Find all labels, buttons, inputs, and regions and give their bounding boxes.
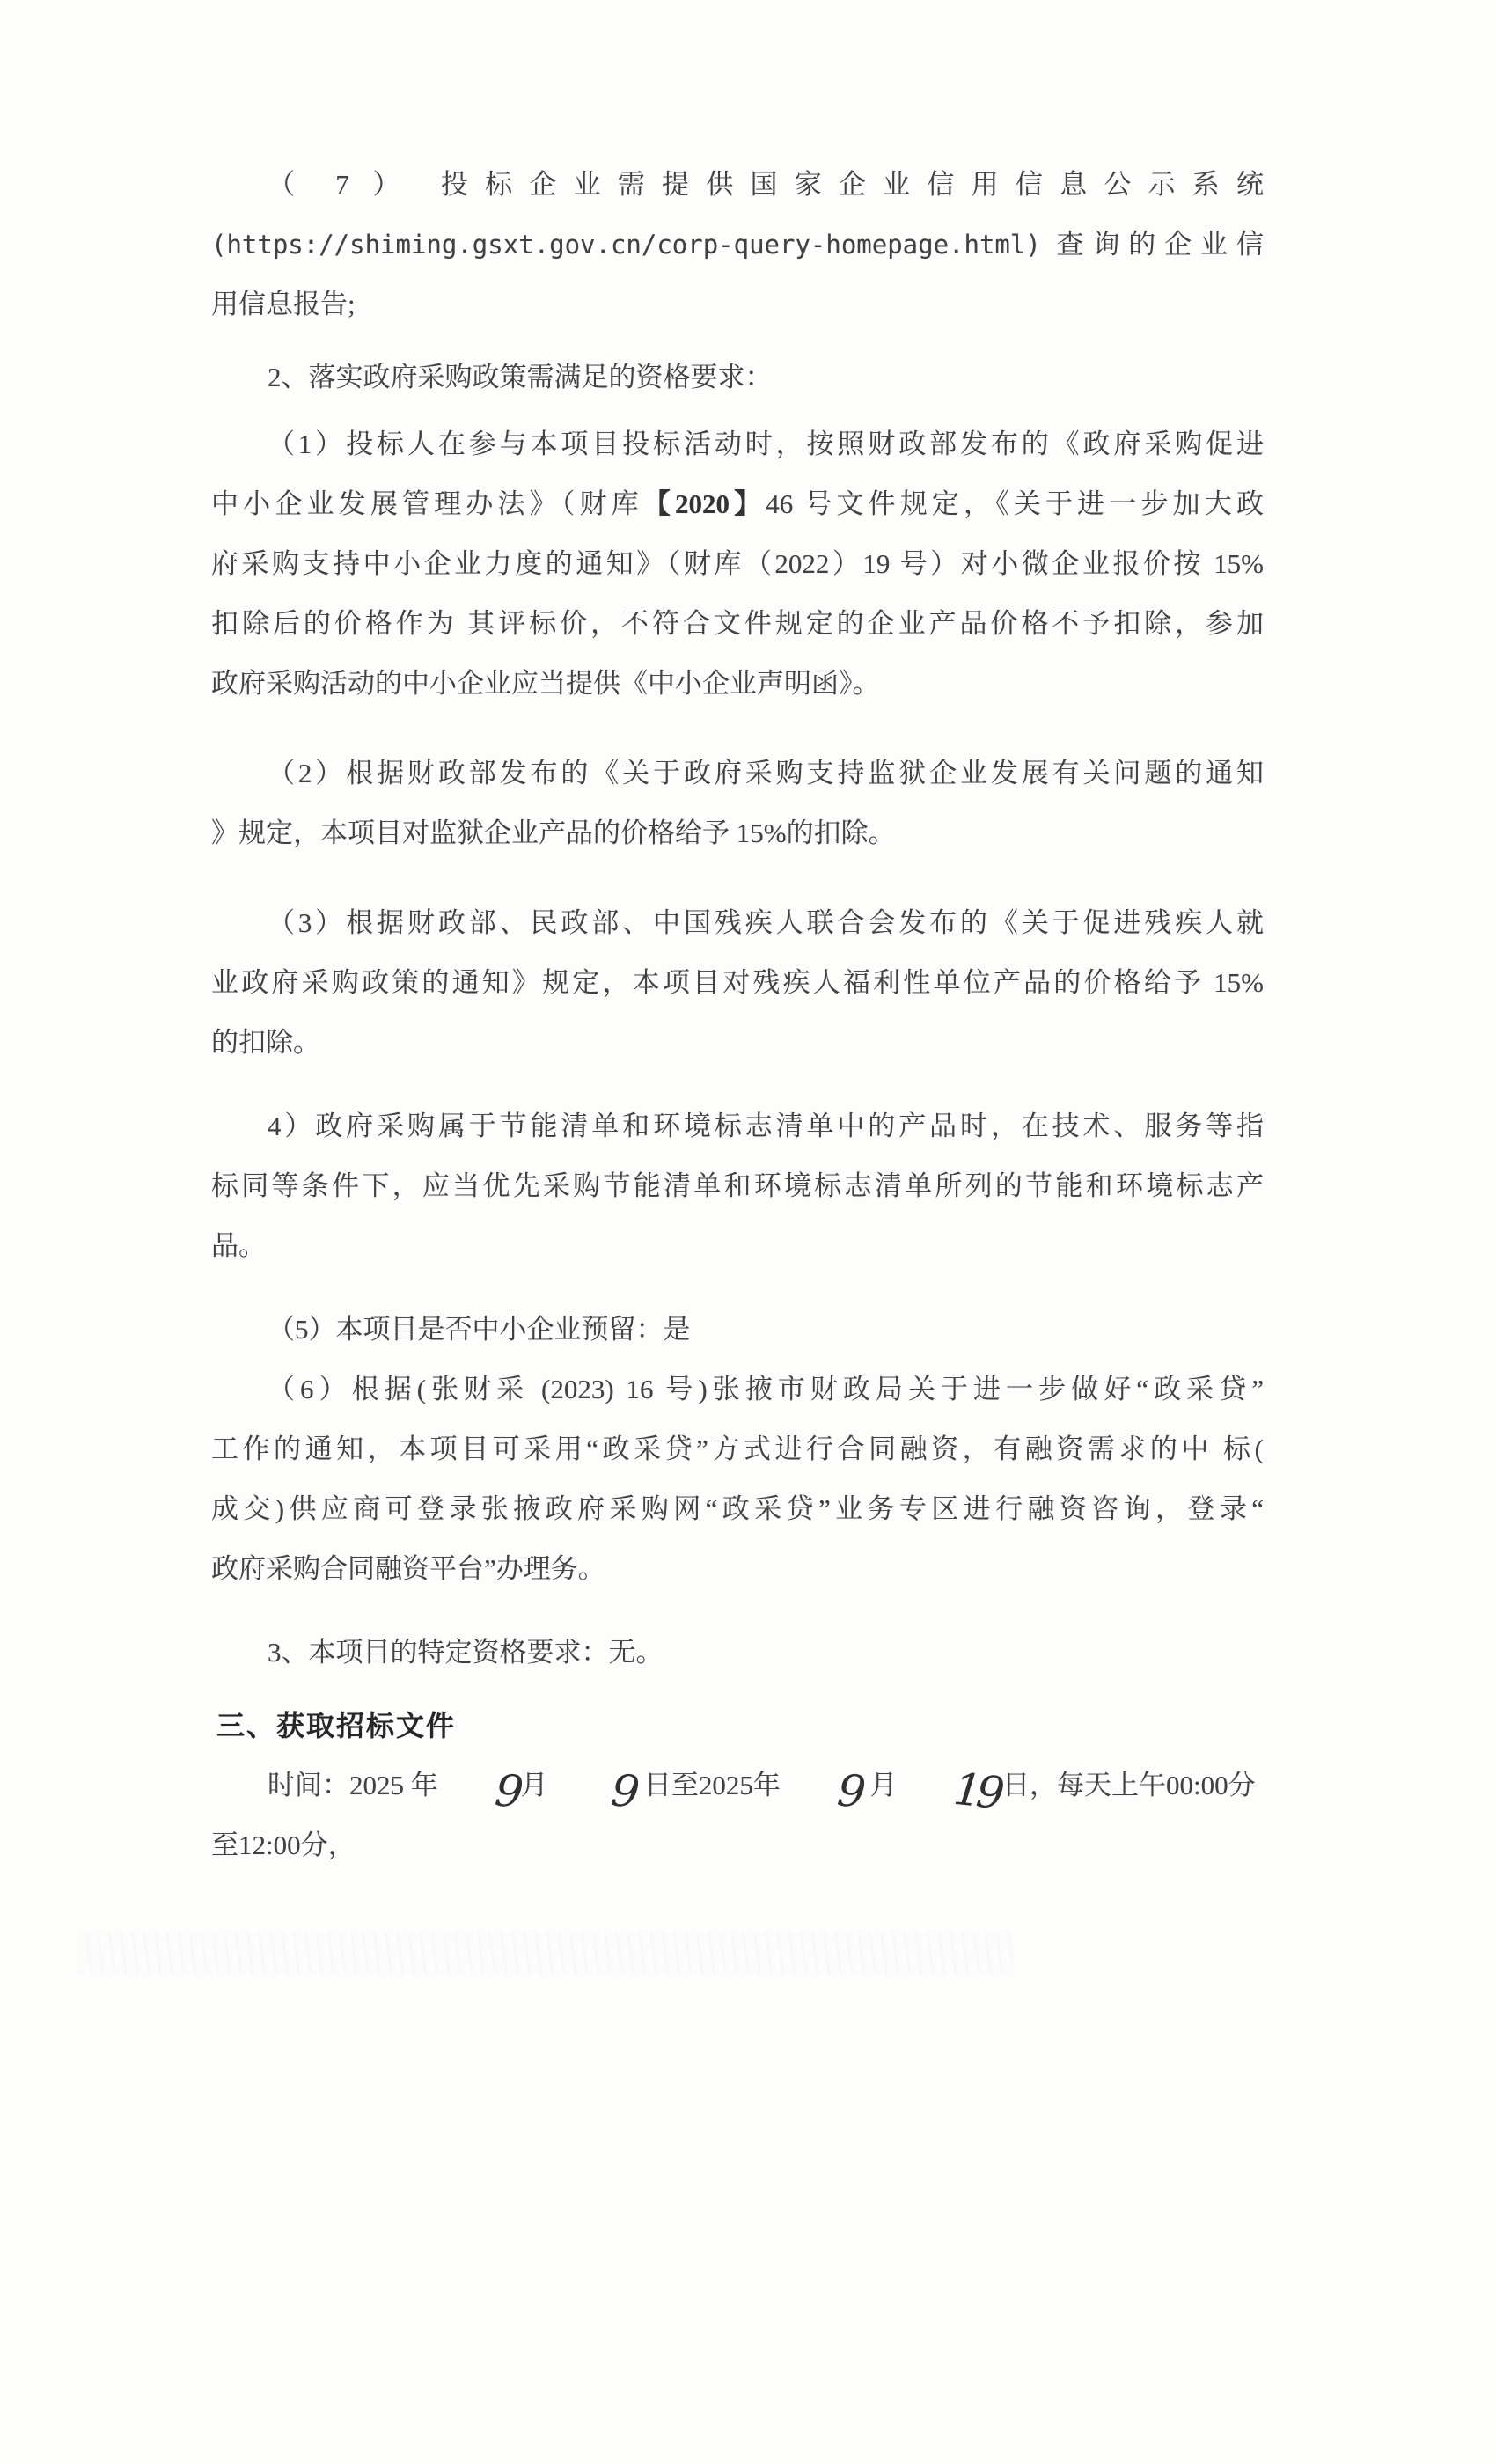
text-line: 3、本项目的特定资格要求：无。 bbox=[211, 1623, 1264, 1683]
document-page: （ 7 ） 投标企业需提供国家企业信用信息公示系统(https://shimin… bbox=[0, 0, 1496, 2464]
handwritten-date-digit: 9 bbox=[554, 1769, 636, 1807]
text-segment: 时间：2025 年 bbox=[268, 1770, 438, 1800]
text-line: 用信息报告; bbox=[211, 275, 1264, 334]
handwritten-date-digit: 19 bbox=[897, 1768, 1001, 1808]
paragraph: （1）投标人在参与本项目投标活动时，按照财政部发布的《政府采购促进中小企业发展管… bbox=[211, 414, 1264, 714]
text-segment: 品。 bbox=[211, 1230, 266, 1261]
text-line: （ 7 ） 投标企业需提供国家企业信用信息公示系统 bbox=[211, 155, 1264, 215]
text-segment: 月 bbox=[521, 1770, 555, 1800]
paragraph: （6）根据(张财采 (2023) 16 号)张掖市财政局关于进一步做好“政采贷”… bbox=[211, 1360, 1264, 1599]
text-line: （5）本项目是否中小企业预留：是 bbox=[211, 1300, 1264, 1360]
text-segment: （1）投标人在参与本项目投标活动时，按照财政部发布的《政府采购促进 bbox=[268, 429, 1264, 459]
text-line: 工作的通知，本项目可采用“政采贷”方式进行合同融资，有融资需求的中 标( bbox=[211, 1419, 1264, 1479]
paragraph: 时间：2025 年9月 9 日至2025年9 月19日，每天上午00:00分至1… bbox=[211, 1756, 1264, 1875]
paragraph: （5）本项目是否中小企业预留：是 bbox=[211, 1300, 1264, 1360]
text-segment: 46 号文件规定，《关于进一步加大政 bbox=[766, 488, 1264, 519]
text-segment: 4）政府采购属于节能清单和环境标志清单中的产品时，在技术、服务等指 bbox=[268, 1111, 1264, 1141]
text-segment: （3）根据财政部、民政部、中国残疾人联合会发布的《关于促进残疾人就 bbox=[268, 907, 1264, 938]
text-line: 》规定，本项目对监狱企业产品的价格给予 15%的扣除。 bbox=[211, 803, 1264, 863]
paragraph: （ 7 ） 投标企业需提供国家企业信用信息公示系统(https://shimin… bbox=[211, 155, 1264, 334]
text-segment: 政府采购活动的中小企业应当提供《中小企业声明函》。 bbox=[211, 668, 880, 699]
text-segment: 三、获取招标文件 bbox=[216, 1710, 456, 1742]
text-line: （1）投标人在参与本项目投标活动时，按照财政部发布的《政府采购促进 bbox=[211, 414, 1264, 474]
paragraph: （2）根据财政部发布的《关于政府采购支持监狱企业发展有关问题的通知》规定，本项目… bbox=[211, 744, 1264, 863]
paragraph: （3）根据财政部、民政部、中国残疾人联合会发布的《关于促进残疾人就业政府采购政策… bbox=[211, 893, 1264, 1073]
url-text: (https://shiming.gsxt.gov.cn/corp-query-… bbox=[211, 230, 1041, 260]
text-segment: 业政府采购政策的通知》规定，本项目对残疾人福利性单位产品的价格给予 15% bbox=[211, 967, 1264, 998]
text-segment: 中小企业发展管理办法》（财库 bbox=[211, 488, 643, 519]
text-segment: （ 7 ） 投标企业需提供国家企业信用信息公示系统 bbox=[268, 169, 1264, 200]
text-line: 时间：2025 年9月 9 日至2025年9 月19日，每天上午00:00分至1… bbox=[211, 1756, 1264, 1875]
text-line: 中小企业发展管理办法》（财库【2020】46 号文件规定，《关于进一步加大政 bbox=[211, 474, 1264, 534]
paragraph: 三、获取招标文件 bbox=[211, 1696, 1264, 1756]
text-segment: 3、本项目的特定资格要求：无。 bbox=[268, 1637, 664, 1668]
text-line: (https://shiming.gsxt.gov.cn/corp-query-… bbox=[211, 215, 1264, 275]
paragraph: 2、落实政府采购政策需满足的资格要求： bbox=[211, 348, 1264, 407]
text-segment: 府采购支持中小企业力度的通知》（财库（2022）19 号）对小微企业报价按 15… bbox=[211, 548, 1264, 579]
text-segment: 政府采购合同融资平台”办理务。 bbox=[211, 1553, 605, 1584]
document-content: （ 7 ） 投标企业需提供国家企业信用信息公示系统(https://shimin… bbox=[211, 155, 1264, 1875]
text-line: 品。 bbox=[211, 1216, 1264, 1276]
text-segment: 工作的通知，本项目可采用“政采贷”方式进行合同融资，有融资需求的中 标( bbox=[211, 1434, 1264, 1464]
handwritten-date-digit: 9 bbox=[780, 1769, 862, 1807]
text-line: 4）政府采购属于节能清单和环境标志清单中的产品时，在技术、服务等指 bbox=[211, 1096, 1264, 1156]
text-segment: 月 bbox=[863, 1770, 898, 1800]
text-line: 扣除后的价格作为 其评标价，不符合文件规定的企业产品价格不予扣除，参加 bbox=[211, 594, 1264, 654]
text-line: （2）根据财政部发布的《关于政府采购支持监狱企业发展有关问题的通知 bbox=[211, 744, 1264, 803]
text-segment: 标同等条件下，应当优先采购节能清单和环境标志清单所列的节能和环境标志产 bbox=[211, 1170, 1264, 1201]
text-line: 府采购支持中小企业力度的通知》（财库（2022）19 号）对小微企业报价按 15… bbox=[211, 534, 1264, 594]
text-segment: （6）根据(张财采 (2023) 16 号)张掖市财政局关于进一步做好“政采贷” bbox=[268, 1374, 1264, 1404]
text-segment: 扣除后的价格作为 其评标价，不符合文件规定的企业产品价格不予扣除，参加 bbox=[211, 608, 1264, 639]
paragraph: 3、本项目的特定资格要求：无。 bbox=[211, 1623, 1264, 1683]
text-line: 2、落实政府采购政策需满足的资格要求： bbox=[211, 348, 1264, 407]
text-line: 业政府采购政策的通知》规定，本项目对残疾人福利性单位产品的价格给予 15% bbox=[211, 953, 1264, 1013]
text-segment: （2）根据财政部发布的《关于政府采购支持监狱企业发展有关问题的通知 bbox=[268, 758, 1264, 788]
handwritten-date-digit: 9 bbox=[437, 1769, 519, 1807]
text-line: 的扣除。 bbox=[211, 1013, 1264, 1073]
section-heading: 三、获取招标文件 bbox=[211, 1696, 1264, 1756]
text-segment: 的扣除。 bbox=[211, 1027, 320, 1058]
scan-noise-band bbox=[79, 1932, 1012, 1975]
text-segment: 日至2025年 bbox=[637, 1770, 781, 1800]
text-line: （6）根据(张财采 (2023) 16 号)张掖市财政局关于进一步做好“政采贷” bbox=[211, 1360, 1264, 1419]
text-segment: （5）本项目是否中小企业预留：是 bbox=[268, 1314, 691, 1345]
paragraph: 4）政府采购属于节能清单和环境标志清单中的产品时，在技术、服务等指标同等条件下，… bbox=[211, 1096, 1264, 1276]
text-segment: 成交)供应商可登录张掖政府采购网“政采贷”业务专区进行融资咨询，登录“ bbox=[211, 1493, 1264, 1524]
text-line: 政府采购活动的中小企业应当提供《中小企业声明函》。 bbox=[211, 654, 1264, 714]
text-line: 成交)供应商可登录张掖政府采购网“政采贷”业务专区进行融资咨询，登录“ bbox=[211, 1479, 1264, 1539]
text-line: 政府采购合同融资平台”办理务。 bbox=[211, 1539, 1264, 1599]
text-segment: 【2020】 bbox=[643, 488, 766, 519]
text-segment: 用信息报告; bbox=[211, 289, 356, 319]
text-line: （3）根据财政部、民政部、中国残疾人联合会发布的《关于促进残疾人就 bbox=[211, 893, 1264, 953]
text-segment: 》规定，本项目对监狱企业产品的价格给予 15%的扣除。 bbox=[211, 818, 896, 848]
text-segment: 2、落实政府采购政策需满足的资格要求： bbox=[268, 362, 773, 392]
text-segment: 查询的企业信 bbox=[1041, 229, 1264, 260]
text-line: 标同等条件下，应当优先采购节能清单和环境标志清单所列的节能和环境标志产 bbox=[211, 1156, 1264, 1216]
